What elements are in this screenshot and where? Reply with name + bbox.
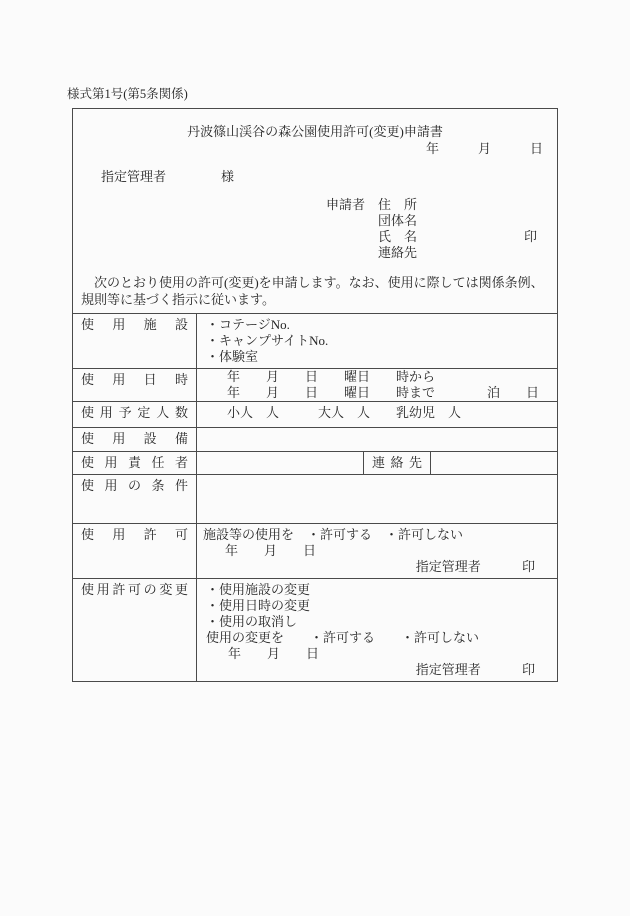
applicant-fields: 住 所 団体名 氏 名 印 連絡先 (378, 197, 557, 261)
cell-permission-decision: 施設等の使用を ・許可する ・許可しない 年 月 日 指定管理者 印 (197, 524, 557, 578)
applicant-name-label: 氏 名 (378, 229, 417, 245)
change-option-cancel: ・使用の取消し (206, 614, 551, 630)
change-choice-line: 使用の変更を ・許可する ・許可しない (206, 630, 551, 646)
applicant-contact-label: 連絡先 (378, 245, 557, 261)
facility-option-campsite: ・キャンプサイトNo. (206, 333, 551, 349)
manager-name-blank (197, 452, 363, 474)
row-use-datetime: 使用日時 年 月 日 曜日 時から 年 月 日 曜日 時まで 泊 日 (73, 368, 557, 401)
applicant-block: 申請者 住 所 団体名 氏 名 印 連絡先 (326, 197, 557, 261)
change-option-datetime: ・使用日時の変更 (206, 598, 551, 614)
row-label: 使用設備 (73, 428, 197, 451)
applicant-address-label: 住 所 (378, 197, 557, 213)
change-option-facility: ・使用施設の変更 (206, 582, 551, 598)
change-sign-line: 指定管理者 印 (206, 662, 551, 678)
addressee: 指定管理者 (101, 169, 166, 184)
row-use-permission: 使用許可 施設等の使用を ・許可する ・許可しない 年 月 日 指定管理者 印 (73, 523, 557, 578)
change-date-line: 年 月 日 (206, 646, 551, 662)
applicant-label: 申請者 (326, 197, 365, 261)
row-expected-people: 使用予定人数 小人 人 大人 人 乳幼児 人 (73, 401, 557, 427)
cell-conditions-blank (197, 475, 557, 523)
datetime-from-line: 年 月 日 曜日 時から (203, 369, 551, 385)
document-page: 様式第1号(第5条関係) 丹波篠山渓谷の森公園使用許可(変更)申請書 年 月 日… (0, 0, 630, 916)
row-label: 使用施設 (73, 314, 197, 368)
row-use-facility: 使用施設 ・コテージNo. ・キャンプサイトNo. ・体験室 (73, 313, 557, 368)
declaration-text: 次のとおり使用の許可(変更)を申請します。なお、使用に際しては関係条例、規則等に… (73, 274, 557, 308)
manager-contact-label: 連絡先 (363, 452, 431, 474)
row-label: 使用許可 (73, 524, 197, 578)
row-label: 使用の条件 (73, 475, 197, 523)
row-use-manager: 使用責任者 連絡先 (73, 451, 557, 474)
addressee-honorific: 様 (221, 169, 234, 184)
addressee-line: 指定管理者様 (101, 169, 557, 185)
people-count-line: 小人 人 大人 人 乳幼児 人 (203, 405, 551, 421)
form-table: 使用施設 ・コテージNo. ・キャンプサイトNo. ・体験室 使用日時 年 月 … (73, 313, 557, 681)
applicant-group-label: 団体名 (378, 213, 557, 229)
applicant-seal-mark: 印 (524, 229, 537, 245)
permission-choice-line: 施設等の使用を ・許可する ・許可しない (203, 527, 551, 543)
form-title: 丹波篠山渓谷の森公園使用許可(変更)申請書 (73, 124, 557, 140)
row-label: 使用許可の変更 (73, 579, 197, 681)
cell-facility-options: ・コテージNo. ・キャンプサイトNo. ・体験室 (197, 314, 557, 368)
application-form: 丹波篠山渓谷の森公園使用許可(変更)申請書 年 月 日 指定管理者様 申請者 住… (72, 108, 558, 682)
cell-equipment-blank (197, 428, 557, 451)
date-blank-line: 年 月 日 (73, 141, 557, 157)
designated-manager-label: 指定管理者 (416, 662, 481, 677)
cell-people-blanks: 小人 人 大人 人 乳幼児 人 (197, 402, 557, 427)
form-number-label: 様式第1号(第5条関係) (67, 86, 188, 102)
row-label: 使用責任者 (73, 452, 197, 474)
row-use-conditions: 使用の条件 (73, 474, 557, 523)
row-use-equipment: 使用設備 (73, 427, 557, 451)
row-label: 使用予定人数 (73, 402, 197, 427)
cell-datetime-blanks: 年 月 日 曜日 時から 年 月 日 曜日 時まで 泊 日 (197, 369, 557, 401)
applicant-name-line: 氏 名 印 (378, 229, 557, 245)
manager-seal-mark: 印 (522, 662, 535, 677)
row-label: 使用日時 (73, 369, 197, 401)
facility-option-cottage: ・コテージNo. (206, 317, 551, 333)
designated-manager-label: 指定管理者 (416, 559, 481, 574)
permission-sign-line: 指定管理者 印 (203, 559, 551, 575)
cell-manager: 連絡先 (197, 452, 557, 474)
facility-option-activity-room: ・体験室 (206, 349, 551, 365)
row-permission-change: 使用許可の変更 ・使用施設の変更 ・使用日時の変更 ・使用の取消し 使用の変更を… (73, 578, 557, 681)
datetime-to-line: 年 月 日 曜日 時まで 泊 日 (203, 385, 551, 401)
manager-seal-mark: 印 (522, 559, 535, 574)
cell-change-decision: ・使用施設の変更 ・使用日時の変更 ・使用の取消し 使用の変更を ・許可する ・… (197, 579, 557, 681)
permission-date-line: 年 月 日 (203, 543, 551, 559)
manager-contact-blank (431, 452, 557, 474)
